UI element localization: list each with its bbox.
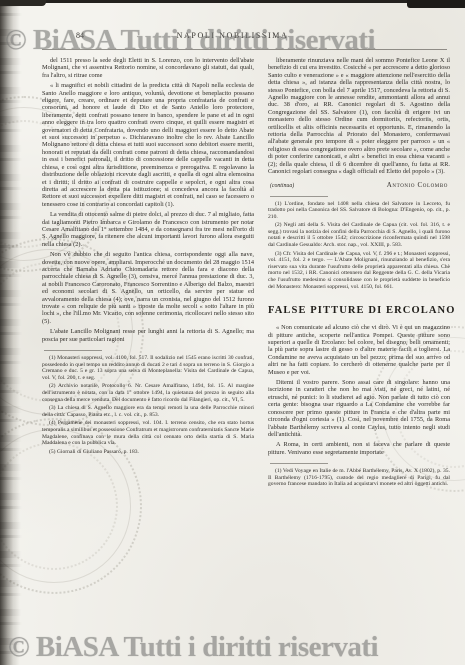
body-paragraph: L'abate Lancillo Molignani resse per lun…	[42, 328, 254, 343]
footnote: (3) Cfr. Visita del Cardinale de Capua, …	[268, 251, 450, 291]
scan-top-left-edge	[0, 0, 46, 6]
scan-top-right-edge	[407, 0, 465, 8]
scan-top-edge	[0, 0, 465, 3]
body-paragraph: del 1511 presso la sede degli Eletti in …	[42, 57, 254, 79]
body-paragraph: liberamente rinunziava nelle mani del so…	[268, 57, 450, 176]
signature-row: (continua) Antonio Colombo	[270, 181, 448, 189]
footnote-rule	[270, 196, 328, 197]
continua-label: (continua)	[270, 183, 294, 189]
author-signature: Antonio Colombo	[387, 181, 448, 189]
right-column: liberamente rinunziava nelle mani del so…	[268, 57, 450, 490]
footnote: (2) Negli atti della S. Visita del Cardi…	[268, 222, 450, 248]
biasa-watermark-bottom: © BiASA Tutti i diritti riservati	[8, 631, 378, 664]
statute-quote-paragraph: « li magnifici et nobili cittadini de la…	[42, 82, 254, 208]
footnote-rule	[270, 463, 328, 464]
left-column: del 1511 presso la sede degli Eletti in …	[42, 57, 254, 490]
footnote: (5) Giornali di Giuliano Passaro, p. 183…	[42, 449, 254, 456]
body-paragraph: Non v'è dubbio che di seguito l'antica c…	[42, 251, 254, 325]
article-title: FALSE PITTURE DI ERCOLANO	[268, 305, 450, 316]
scanned-page: 84 NAPOLI NOBILISSIMA del 1511 presso la…	[0, 0, 465, 665]
footnote-rule	[44, 350, 102, 351]
footnote: (2) Archivio notarile, Protocollo 6. Nr.…	[42, 383, 254, 403]
body-paragraph: La vendita di ottocento salme di pietre …	[42, 211, 254, 248]
article-paragraph: A Roma, in certi ambienti, non si faceva…	[268, 441, 450, 456]
footnote: (1) Vedi Voyage en Italie de m. l'Abbé B…	[268, 468, 450, 488]
text-columns: del 1511 presso la sede degli Eletti in …	[42, 57, 450, 490]
article-paragraph: Ditemi il vostro parere. Sono assai care…	[268, 379, 450, 438]
footnote: (1) L'ordine, fondato nel 1408 nella chi…	[268, 201, 450, 221]
footnote: (3) La chiesa di S. Agnello maggiore era…	[42, 405, 254, 418]
binding-edge-texture	[0, 0, 26, 665]
footnote: (1) Monasteri soppressi, vol. 4100, fol.…	[42, 355, 254, 381]
footnote: (4) Pergamene dei monasteri soppressi, v…	[42, 420, 254, 446]
biasa-watermark-top: © BiASA Tutti i diritti riservati	[5, 24, 375, 57]
article-paragraph: « Non comunicate ad alcuno ciò che vi di…	[268, 324, 450, 376]
